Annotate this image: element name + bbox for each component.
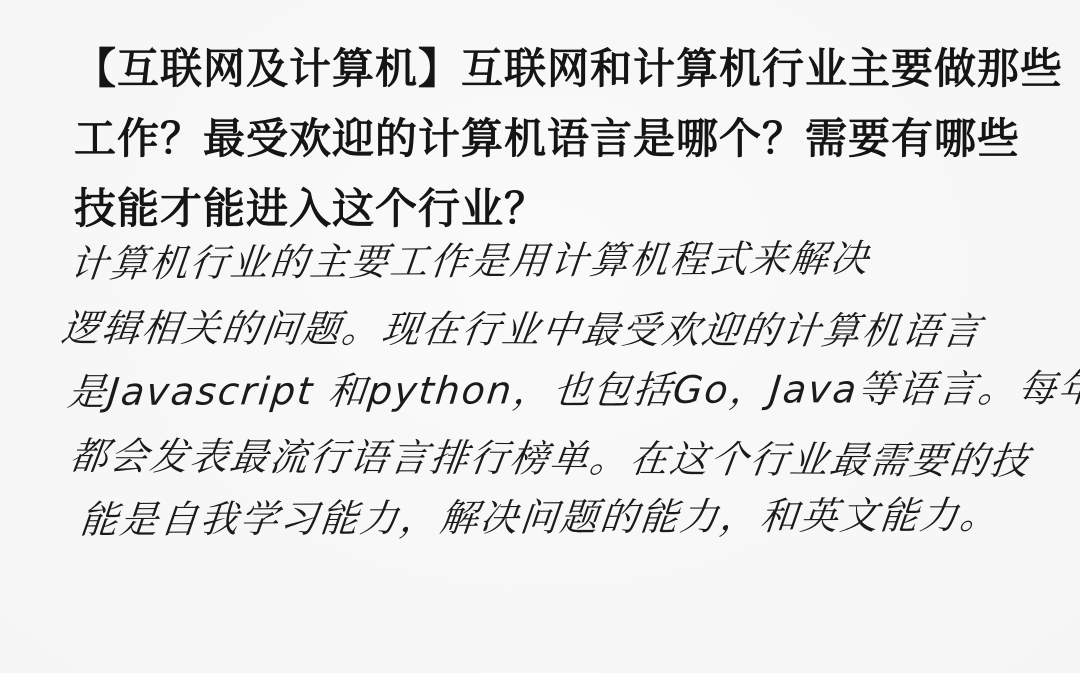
answer-line-2: 逻辑相关的问题。现在行业中最受欢迎的计算机语言 bbox=[58, 296, 1056, 363]
answer-line-3: 是Javascript 和python，也包括Go，Java等语言。每年Stac… bbox=[59, 357, 1055, 424]
answer-line-5: 能是自我学习能力，解决问题的能力，和英文能力。 bbox=[59, 483, 1055, 552]
handwritten-answer-block: 计算机行业的主要工作是用计算机程式来解决 逻辑相关的问题。现在行业中最受欢迎的计… bbox=[62, 232, 1052, 552]
scanned-page: 【互联网及计算机】互联网和计算机行业主要做那些 工作？最受欢迎的计算机语言是哪个… bbox=[0, 0, 1080, 673]
printed-question-block: 【互联网及计算机】互联网和计算机行业主要做那些 工作？最受欢迎的计算机语言是哪个… bbox=[74, 34, 1024, 244]
question-line-2: 工作？最受欢迎的计算机语言是哪个？需要有哪些 bbox=[74, 104, 1024, 174]
question-line-1: 【互联网及计算机】互联网和计算机行业主要做那些 bbox=[74, 34, 1024, 104]
answer-line-1: 计算机行业的主要工作是用计算机程式来解决 bbox=[59, 225, 1055, 296]
